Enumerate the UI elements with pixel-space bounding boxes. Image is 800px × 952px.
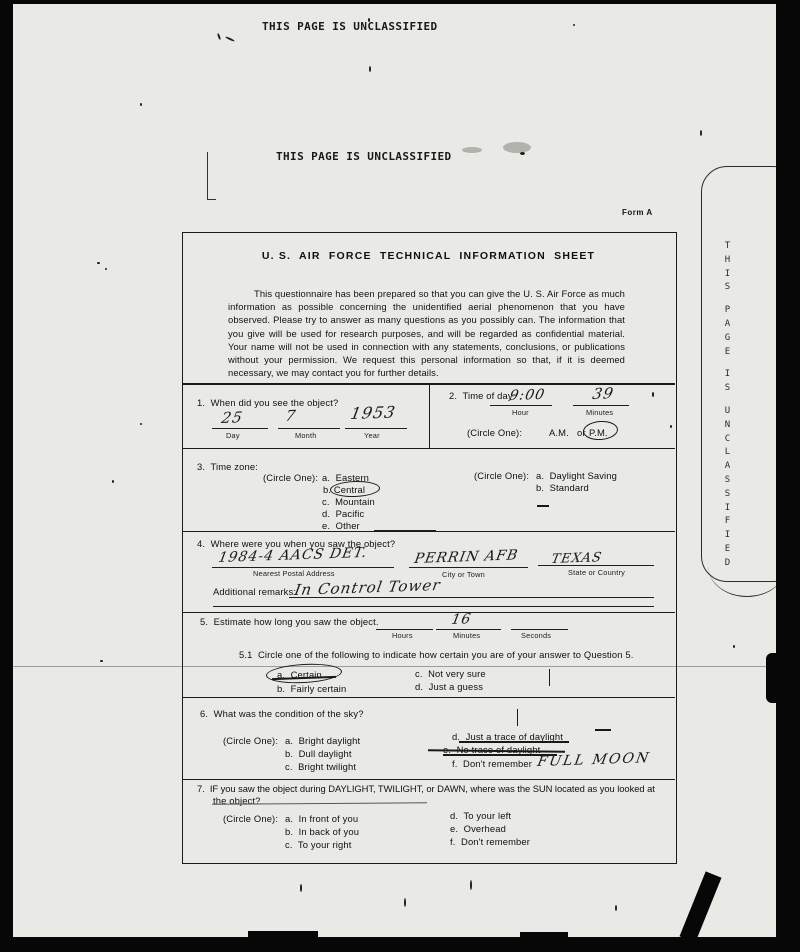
q1-month-blank (278, 428, 340, 429)
scan-edge-bottom (0, 937, 800, 952)
q3-option-standard: b. Standard (536, 482, 589, 493)
smudge-mark (503, 142, 531, 153)
q6-option-dont-remember: f. Don't remember (452, 758, 532, 769)
q6-label: 6. What was the condition of the sky? (200, 708, 364, 719)
speck (733, 645, 735, 648)
form-intro-paragraph: This questionnaire has been prepared so … (228, 287, 625, 379)
q2-minutes-handwritten: 39 (591, 384, 615, 403)
q2-hour-blank (490, 405, 552, 406)
q1-day-handwritten: 25 (220, 408, 244, 427)
q1-q2-divider (429, 383, 430, 448)
speck (97, 262, 100, 264)
speck (404, 898, 406, 907)
q5-hours-caption: Hours (392, 631, 413, 640)
q4-city-blank (409, 567, 528, 568)
q1-year-handwritten: 1953 (349, 402, 397, 423)
q1-month-caption: Month (295, 431, 317, 440)
q2-minutes-caption: Minutes (586, 408, 613, 417)
section-divider (183, 697, 675, 698)
speck (300, 884, 302, 892)
q3-option-other: e. Other (322, 520, 360, 531)
q3-label: 3. Time zone: (197, 461, 258, 472)
q7-option-to-your-right: c. To your right (285, 839, 351, 850)
q2-hour-handwritten: 9:00 (508, 387, 547, 404)
q3-circle-one-label: (Circle One): (263, 472, 318, 483)
stray-tick-mark (517, 709, 518, 726)
section-divider (183, 448, 675, 449)
speck (520, 152, 525, 155)
speck (700, 130, 702, 136)
speck (573, 24, 575, 26)
q7-option-in-back: b. In back of you (285, 826, 359, 837)
q4-city-caption: City or Town (442, 570, 485, 579)
q4-remarks-blank-2 (213, 606, 654, 607)
q2-hour-caption: Hour (512, 408, 529, 417)
q3-other-blank (374, 530, 436, 531)
q5-1-option-just-a-guess: d. Just a guess (415, 681, 483, 692)
scan-streak-bottom-right (680, 871, 722, 942)
q2-minutes-blank (573, 405, 629, 406)
q4-state-blank (538, 565, 654, 566)
speck (140, 423, 142, 425)
q5-seconds-caption: Seconds (521, 631, 551, 640)
q1-day-blank (212, 428, 268, 429)
speck (112, 480, 114, 483)
speck (217, 33, 221, 40)
speck (225, 36, 235, 42)
q2-label: 2. Time of day: (449, 390, 516, 401)
unclassified-stamp-mid: THIS PAGE IS UNCLASSIFIED (276, 150, 452, 163)
speck (100, 660, 103, 662)
speck (368, 18, 370, 22)
speck (615, 905, 617, 911)
form-a-label: Form A (622, 208, 653, 217)
smudge-mark (462, 147, 482, 153)
q7-label-line1: 7. IF you saw the object during DAYLIGHT… (197, 783, 655, 794)
q7-option-in-front: a. In front of you (285, 813, 358, 824)
stray-vertical-mark (549, 669, 550, 686)
q7-option-overhead: e. Overhead (450, 823, 506, 834)
q6-option-bright-daylight: a. Bright daylight (285, 735, 360, 746)
scan-edge-top (0, 0, 800, 4)
q1-label: 1. When did you see the object? (197, 397, 338, 408)
q1-day-caption: Day (226, 431, 240, 440)
q7-option-to-your-left: d. To your left (450, 810, 511, 821)
q4-state-caption: State or Country (568, 568, 625, 577)
q1-year-blank (345, 428, 407, 429)
q5-minutes-blank (436, 629, 501, 630)
q3-dash-mark (537, 505, 549, 507)
q3-circle-one-2-label: (Circle One): (474, 470, 529, 481)
scan-edge-bump (248, 931, 318, 939)
q6-option-dull-daylight: b. Dull daylight (285, 748, 352, 759)
q4-address-caption: Nearest Postal Address (253, 569, 335, 578)
q2-circle-one-label: (Circle One): (467, 427, 522, 438)
speck (652, 392, 654, 397)
q5-minutes-caption: Minutes (453, 631, 480, 640)
form-title: U. S. AIR FORCE TECHNICAL INFORMATION SH… (182, 250, 675, 262)
q5-label: 5. Estimate how long you saw the object. (200, 616, 379, 627)
just-a-trace-underline-mark (459, 741, 569, 743)
q7-option-dont-remember: f. Don't remember (450, 836, 530, 847)
q5-hours-blank (376, 629, 433, 630)
q6-option-bright-twilight: c. Bright twilight (285, 761, 356, 772)
unclassified-stamp-top: THIS PAGE IS UNCLASSIFIED (262, 20, 438, 33)
q5-1-option-fairly-certain: b. Fairly certain (277, 683, 346, 694)
q5-minutes-handwritten: 16 (450, 611, 473, 628)
q5-1-label: 5.1 Circle one of the following to indic… (239, 649, 634, 660)
scan-edge-bump (520, 932, 568, 939)
side-tab-bottom-arc (708, 566, 786, 597)
scan-edge-right (776, 0, 800, 952)
q4-address-blank (212, 567, 394, 568)
q4-remarks-label: Additional remarks: (213, 586, 296, 597)
speck (369, 66, 371, 72)
q1-year-caption: Year (364, 431, 380, 440)
q3-option-pacific: d. Pacific (322, 508, 364, 519)
scanned-document-page: THIS PAGE IS UNCLASSIFIED THIS PAGE IS U… (0, 0, 800, 952)
q7-circle-one-label: (Circle One): (223, 813, 278, 824)
speck (670, 425, 672, 428)
speck (140, 103, 142, 106)
speck (470, 880, 472, 890)
q2-am-option: A.M. (549, 427, 569, 438)
stray-bracket-foot-mark (207, 199, 216, 200)
q5-1-option-not-very-sure: c. Not very sure (415, 668, 486, 679)
section-divider (183, 779, 675, 780)
unclassified-stamp-side: THISPAGEISUNCLASSIFIED (719, 240, 736, 571)
q6-circle-one-label: (Circle One): (223, 735, 278, 746)
q5-seconds-blank (511, 629, 568, 630)
section-divider (183, 531, 675, 532)
q3-option-daylight-saving: a. Daylight Saving (536, 470, 617, 481)
q4-remarks-blank (289, 597, 654, 598)
speck (105, 268, 107, 270)
scan-edge-bump (766, 653, 778, 703)
stray-dash-mark (595, 729, 611, 731)
section-divider (183, 612, 675, 613)
stray-bracket-mark (207, 152, 208, 200)
q3-option-mountain: c. Mountain (322, 496, 375, 507)
scan-edge-left (0, 0, 13, 952)
